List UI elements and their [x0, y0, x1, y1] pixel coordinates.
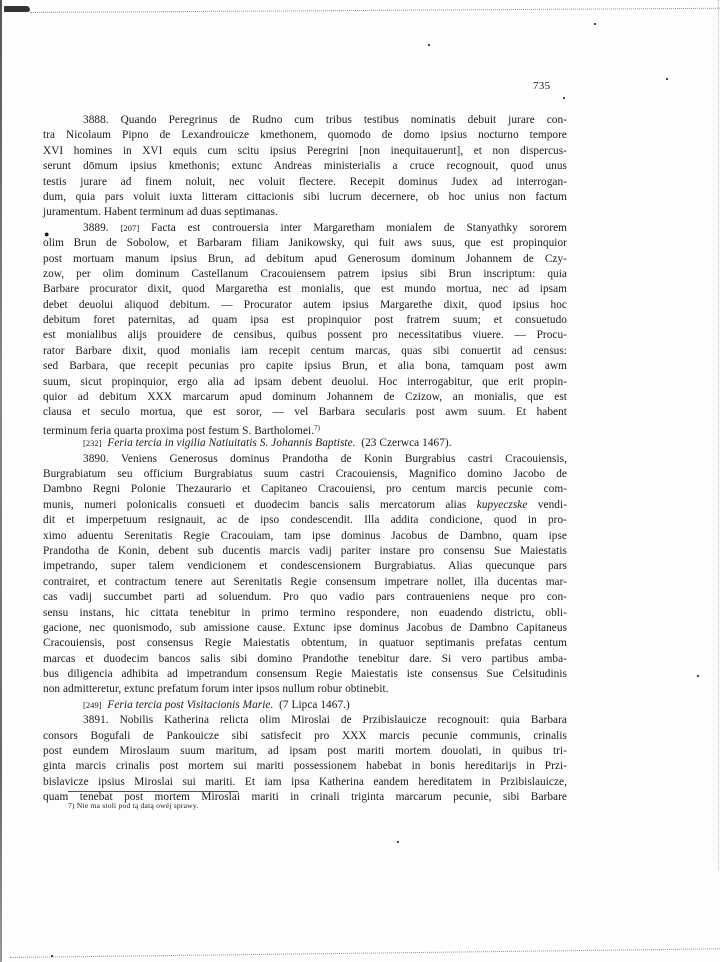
- text-block: 3888. Quando Peregrinus de Rudno cum tri…: [43, 113, 567, 806]
- scan-right-edge: [717, 0, 719, 870]
- entry-3889: 3889. [207] Facta est controuersia inter…: [43, 221, 567, 436]
- entry-3890: 3890. Veniens Generosus dominus Prandoth…: [43, 452, 567, 698]
- scan-speck: [563, 97, 565, 99]
- footnote-text: Nie ma stoli pod tą datą owéj sprawy.: [77, 801, 199, 810]
- text-line: Dambno Regni Polonie Thezaurario et Capi…: [43, 482, 567, 497]
- text-line: marcas et duodecim bancos salis sibi dom…: [43, 652, 567, 667]
- scan-speck: [697, 675, 699, 677]
- text-line: 3890. Veniens Generosus dominus Prandoth…: [43, 452, 567, 467]
- line-text: Facta est controuersia inter Margaretham…: [151, 222, 567, 234]
- text-line: cas vadij succumbet parti ad soluendum. …: [43, 590, 567, 605]
- session-date: (23 Czerwca 1467).: [361, 437, 451, 449]
- text-line: ginta marcis crinalis post mortem sui ma…: [43, 759, 567, 774]
- text-line: 3891. Nobilis Katherina relicta olim Mir…: [43, 713, 567, 728]
- source-ref: [207]: [121, 223, 140, 233]
- scan-speck: [428, 44, 430, 46]
- session-date: (7 Lipca 1467.): [279, 699, 350, 711]
- text-line: XVI homines in XVI equis cum scitu ipsiu…: [43, 144, 567, 159]
- line-text: munis, numeri polonicalis consueti et du…: [43, 499, 466, 511]
- text-line: juramentum. Habent terminum ad duas sept…: [43, 205, 567, 220]
- source-ref: [249]: [83, 700, 102, 710]
- scan-speck: [51, 955, 53, 957]
- text-line: terminum feria quarta proxima post festu…: [43, 421, 567, 436]
- text-line: clausa et seculo mortua, que est soror, …: [43, 405, 567, 420]
- line-text: terminum feria quarta proxima post festu…: [43, 425, 314, 437]
- scan-bottom-edge: [10, 948, 720, 958]
- footnote: 7) Nie ma stoli pod tą datą owéj sprawy.: [68, 801, 198, 810]
- scan-speck: [397, 841, 399, 843]
- text-line: testis jurare ad finem noluit, nec volui…: [43, 175, 567, 190]
- scan-left-edge: [0, 0, 2, 962]
- text-line: est monialibus alijs prouidere de censib…: [43, 328, 567, 343]
- source-ref: [232]: [83, 438, 102, 448]
- session-title: Feria tercia in vigilia Natiuitatis S. J…: [107, 437, 355, 449]
- scan-speck: [666, 78, 668, 80]
- text-line: olim Brun de Sobolow, et Barbaram filiam…: [43, 236, 567, 251]
- text-line: sensu instans, hic cittata tenebitur in …: [43, 606, 567, 621]
- text-line: Burgrabiatum seu officium Burgrabiatus s…: [43, 467, 567, 482]
- entry-3888: 3888. Quando Peregrinus de Rudno cum tri…: [43, 113, 567, 221]
- text-line: dum, quia pars voluit iuxta litteram cit…: [43, 190, 567, 205]
- text-line: Prandotha de Konin, debent sub ducentis …: [43, 544, 567, 559]
- text-line: serunt dōmum ipsius kmethonis; extunc An…: [43, 159, 567, 174]
- text-line: bus diligencia adhibita ad impetrandum c…: [43, 667, 567, 682]
- text-line: contrairet, et contractum tenere aut Ser…: [43, 575, 567, 590]
- scan-corner-mark: [4, 6, 30, 12]
- session-heading: [249] Feria tercia post Visitacionis Mar…: [43, 698, 567, 713]
- line-text: vendi-: [538, 499, 567, 511]
- text-line: 3888. Quando Peregrinus de Rudno cum tri…: [43, 113, 567, 128]
- text-line: consors Bogufali de Pankouicze sibi sati…: [43, 729, 567, 744]
- scan-top-edge: [30, 8, 720, 13]
- text-line: quior ad debitum XXX marcarum apud domin…: [43, 390, 567, 405]
- italic-term: kupyeczske: [477, 499, 528, 511]
- text-line: post mortuam manum ipsius Brun, ad debit…: [43, 252, 567, 267]
- text-line: debet deuolui aliquod debitum. — Procura…: [43, 298, 567, 313]
- text-line: tra Nicolaum Pipno de Lexandrouicze kmet…: [43, 128, 567, 143]
- entry-number-dot: .: [106, 222, 121, 234]
- text-line: rator Barbare dixit, quod monialis iam r…: [43, 344, 567, 359]
- text-line: dit et imperpetuum resignauit, ac de ips…: [43, 513, 567, 528]
- text-line: post eundem Miroslaum suum maritum, ad i…: [43, 744, 567, 759]
- page-number: 735: [533, 80, 550, 92]
- text-line: gacione, nec quonismodo, sub amissione c…: [43, 621, 567, 636]
- footnote-marker[interactable]: 7): [314, 424, 320, 432]
- text-line: bislavicze ipsius Miroslai sui mariti. E…: [43, 775, 567, 790]
- text-line: Barbare procurator dixit, quod Margareth…: [43, 282, 567, 297]
- entry-number: 3889: [83, 222, 106, 234]
- scan-speck: [594, 23, 596, 25]
- text-line: zow, per olim dominum Castellanum Cracou…: [43, 267, 567, 282]
- text-line: debitum foret paternitas, ad quam ipsa e…: [43, 313, 567, 328]
- session-title: Feria tercia post Visitacionis Marie.: [107, 699, 273, 711]
- text-line: suum, sicut propinquior, ergo alia ad ip…: [43, 375, 567, 390]
- footnote-rule: [68, 791, 238, 792]
- text-line: sed Barbara, que recepit pecunias pro ca…: [43, 359, 567, 374]
- text-line: ximo aduentu Serenitatis Regie Cracouiam…: [43, 529, 567, 544]
- footnote-marker: 7): [68, 801, 75, 810]
- text-line: 3889. [207] Facta est controuersia inter…: [43, 221, 567, 236]
- session-heading: [232] Feria tercia in vigilia Natiuitati…: [43, 436, 567, 451]
- text-line: impetrando, super talem vendicionem et c…: [43, 559, 567, 574]
- text-line: munis, numeri polonicalis consueti et du…: [43, 498, 567, 513]
- text-line: non admitteretur, extunc prefatum forum …: [43, 682, 567, 697]
- text-line: Cracouiensis, post consensus Regie Maies…: [43, 636, 567, 651]
